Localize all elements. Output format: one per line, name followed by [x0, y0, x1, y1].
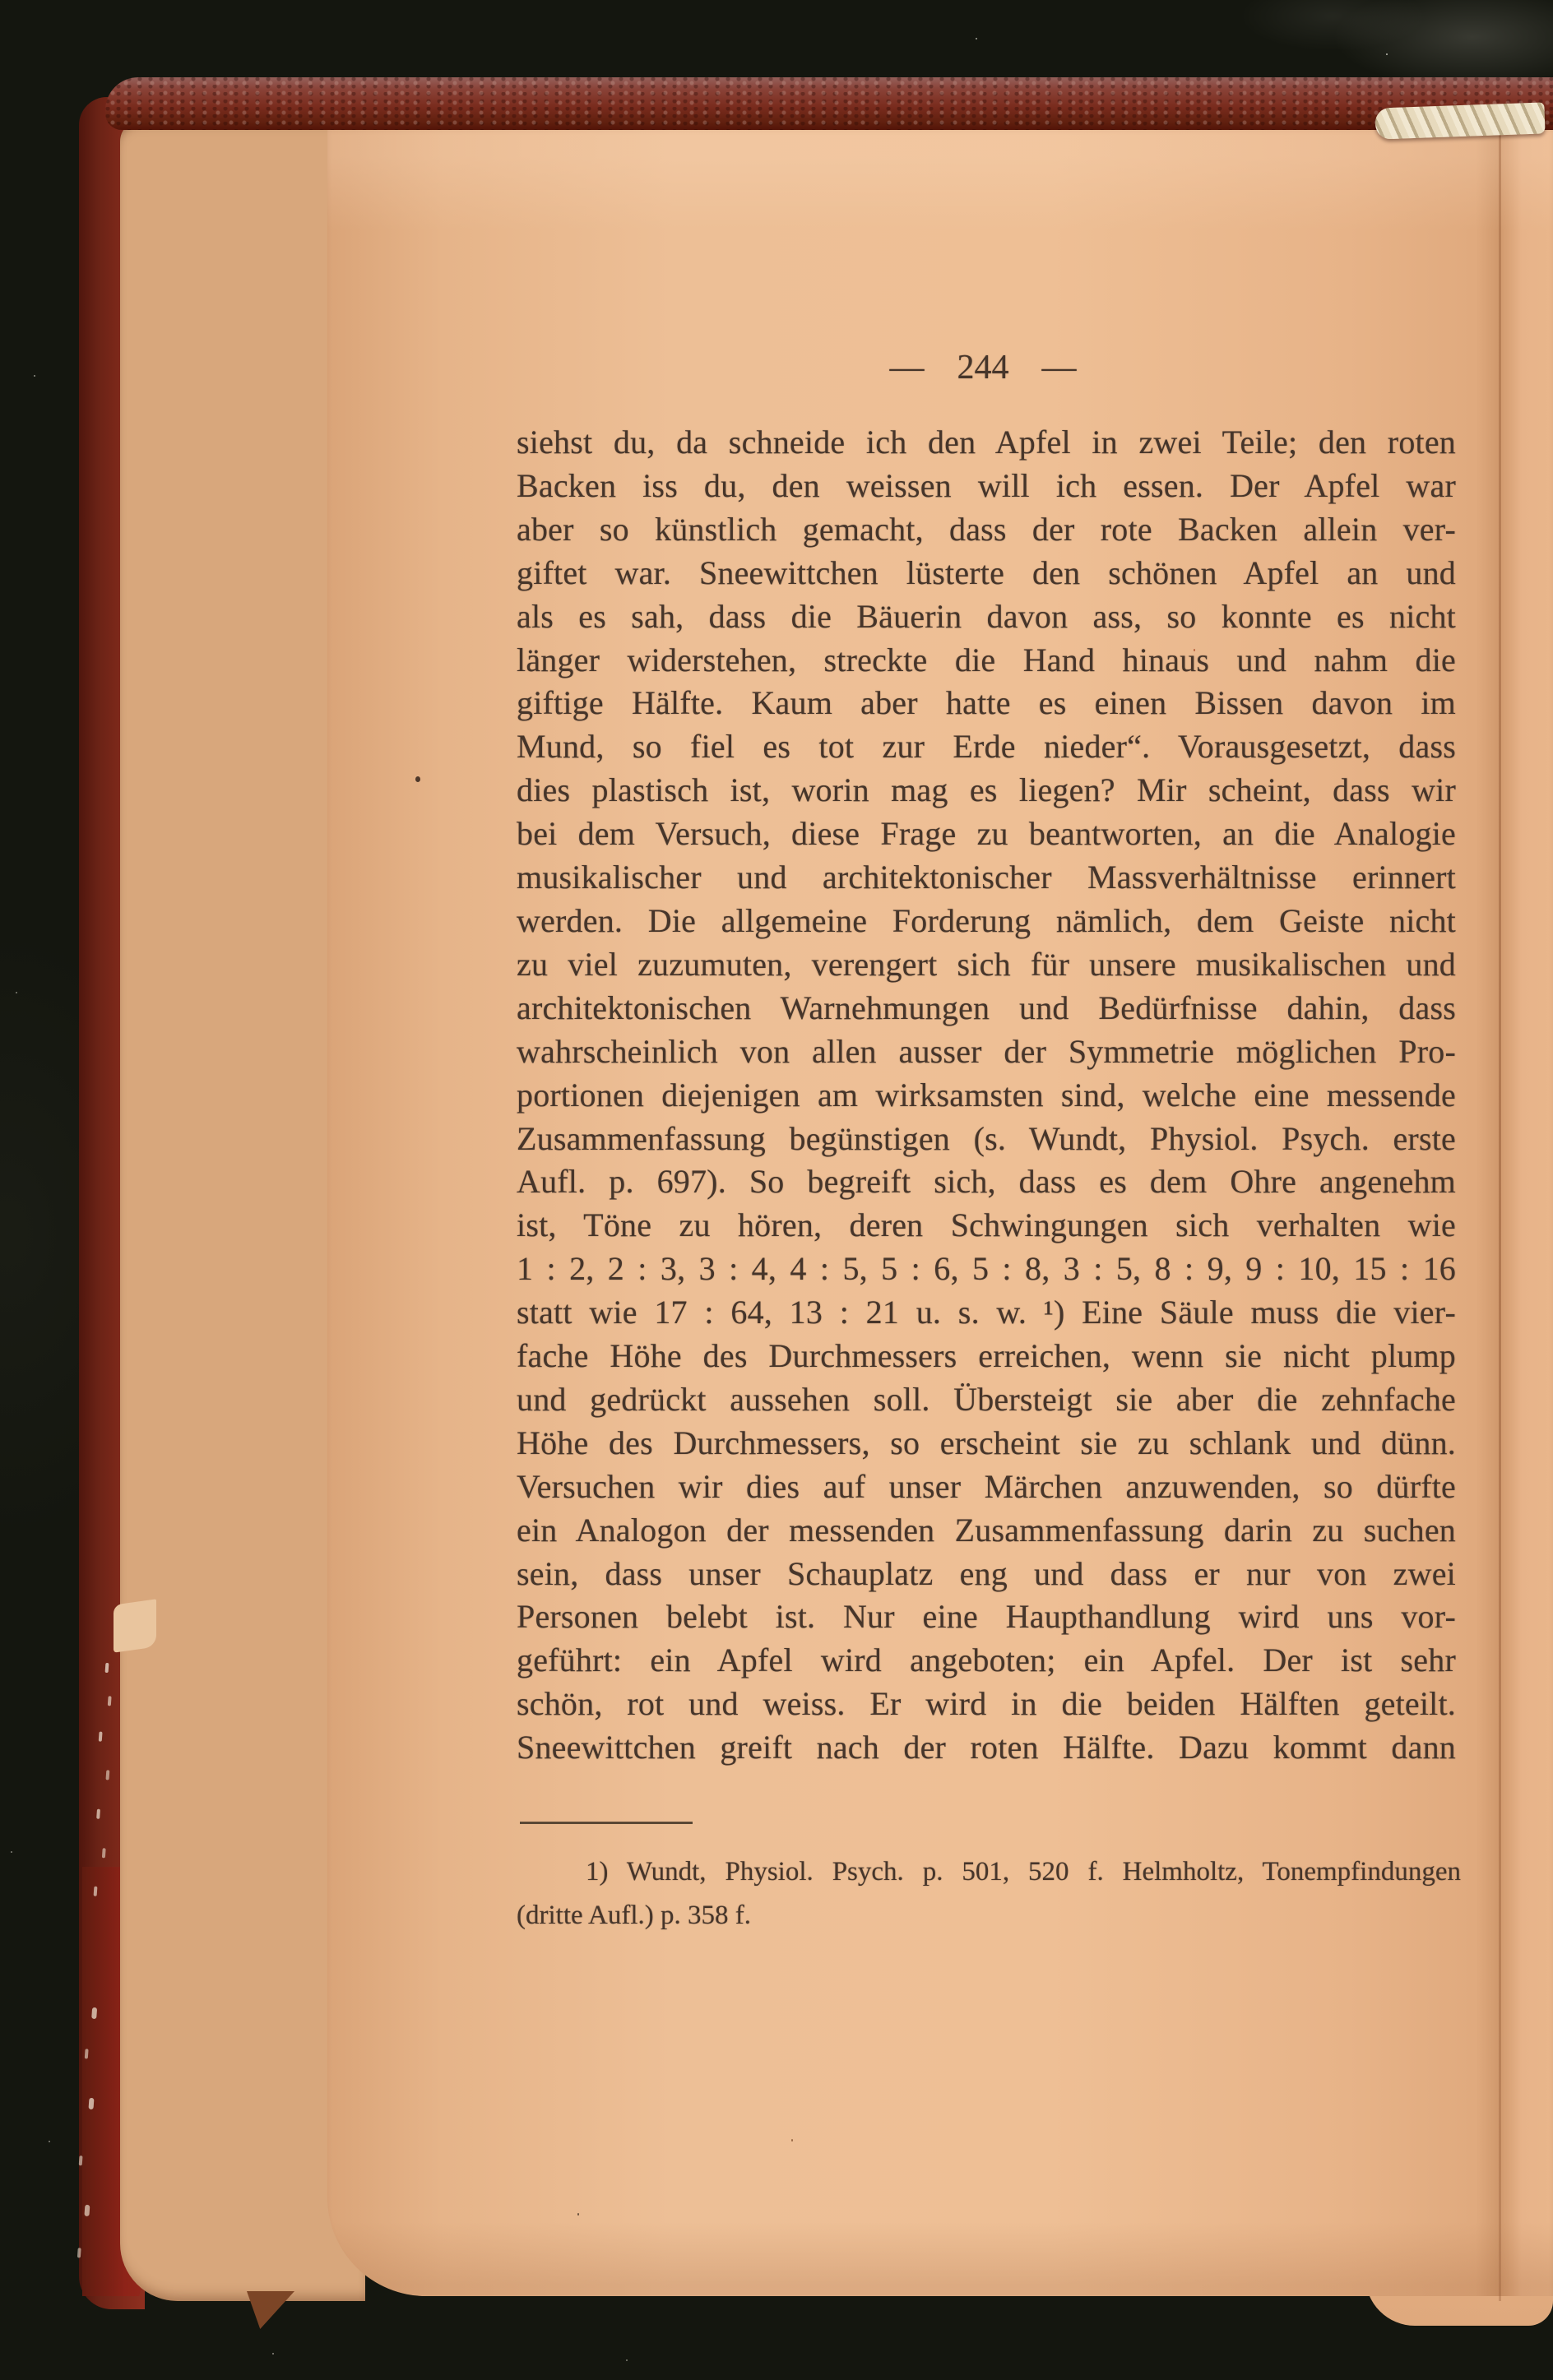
text-line: architektonischen Warnehmungen und Bedür…	[517, 987, 1456, 1030]
footnote-rule	[520, 1822, 693, 1824]
book-cover-top-edge	[105, 77, 1553, 130]
paper-freckles	[415, 776, 420, 782]
text-line: 1 : 2, 2 : 3, 3 : 4, 4 : 5, 5 : 6, 5 : 8…	[517, 1248, 1456, 1291]
text-line: bei dem Versuch, diese Frage zu beantwor…	[517, 813, 1456, 856]
text-line: musikalischer und architektonischer Mass…	[517, 856, 1456, 900]
text-line: ist, Töne zu hören, deren Schwingungen s…	[517, 1204, 1456, 1248]
text-line: und gedrückt aussehen soll. Übersteigt s…	[517, 1378, 1456, 1422]
text-line: aber so künstlich gemacht, dass der rote…	[517, 508, 1456, 552]
text-line: zu viel zuzumuten, verengert sich für un…	[517, 943, 1456, 987]
footnote-line: 1) Wundt, Physiol. Psych. p. 501, 520 f.…	[517, 1850, 1461, 1894]
text-line: giftige Hälfte. Kaum aber hatte es einen…	[517, 682, 1456, 725]
text-line: Sneewittchen greift nach der roten Hälft…	[517, 1726, 1456, 1770]
torn-paper-notch	[114, 1599, 156, 1652]
page-fold-line	[1499, 130, 1501, 2301]
page-number-value: 244	[957, 348, 1009, 387]
text-line: giftet war. Sneewittchen lüsterte den sc…	[517, 552, 1456, 595]
text-line: fache Höhe des Durchmessers erreichen, w…	[517, 1335, 1456, 1378]
headband-icon	[1375, 102, 1545, 139]
text-line: länger widerstehen, streckte die Hand hi…	[517, 639, 1456, 683]
text-line: Personen belebt ist. Nur eine Haupthandl…	[517, 1595, 1456, 1639]
footnote-line: (dritte Aufl.) p. 358 f.	[517, 1894, 1461, 1938]
page-number: — 244 —	[814, 348, 1152, 387]
text-line: werden. Die allgemeine Forderung nämlich…	[517, 900, 1456, 943]
text-line: Zusammenfassung begünstigen (s. Wundt, P…	[517, 1118, 1456, 1161]
page-number-dash-left: —	[890, 348, 925, 387]
text-line: Mund, so fiel es tot zur Erde nieder“. V…	[517, 725, 1456, 769]
book-scan-photo: — 244 — siehst du, da schneide ich den A…	[0, 0, 1553, 2380]
text-line: Aufl. p. 697). So begreift sich, dass es…	[517, 1160, 1456, 1204]
cover-scuff-marks	[105, 1663, 109, 1673]
text-line: wahrscheinlich von allen ausser der Symm…	[517, 1030, 1456, 1074]
text-line: siehst du, da schneide ich den Apfel in …	[517, 421, 1456, 465]
text-line: Versuchen wir dies auf unser Märchen anz…	[517, 1466, 1456, 1509]
text-line: ein Analogon der messenden Zusammenfassu…	[517, 1509, 1456, 1553]
footnote: 1) Wundt, Physiol. Psych. p. 501, 520 f.…	[517, 1850, 1461, 1938]
body-text: siehst du, da schneide ich den Apfel in …	[517, 421, 1456, 1770]
text-line: statt wie 17 : 64, 13 : 21 u. s. w. ¹) E…	[517, 1291, 1456, 1335]
text-line: als es sah, dass die Bäuerin davon ass, …	[517, 595, 1456, 639]
text-line: portionen diejenigen am wirksamsten sind…	[517, 1074, 1456, 1118]
text-line: dies plastisch ist, worin mag es liegen?…	[517, 769, 1456, 813]
text-line: schön, rot und weiss. Er wird in die bei…	[517, 1683, 1456, 1726]
text-line: Höhe des Durchmessers, so erscheint sie …	[517, 1422, 1456, 1466]
text-line: sein, dass unser Schauplatz eng und dass…	[517, 1553, 1456, 1596]
text-line: Backen iss du, den weissen will ich esse…	[517, 465, 1456, 508]
text-line: geführt: ein Apfel wird angeboten; ein A…	[517, 1639, 1456, 1683]
page-number-dash-right: —	[1042, 348, 1077, 387]
